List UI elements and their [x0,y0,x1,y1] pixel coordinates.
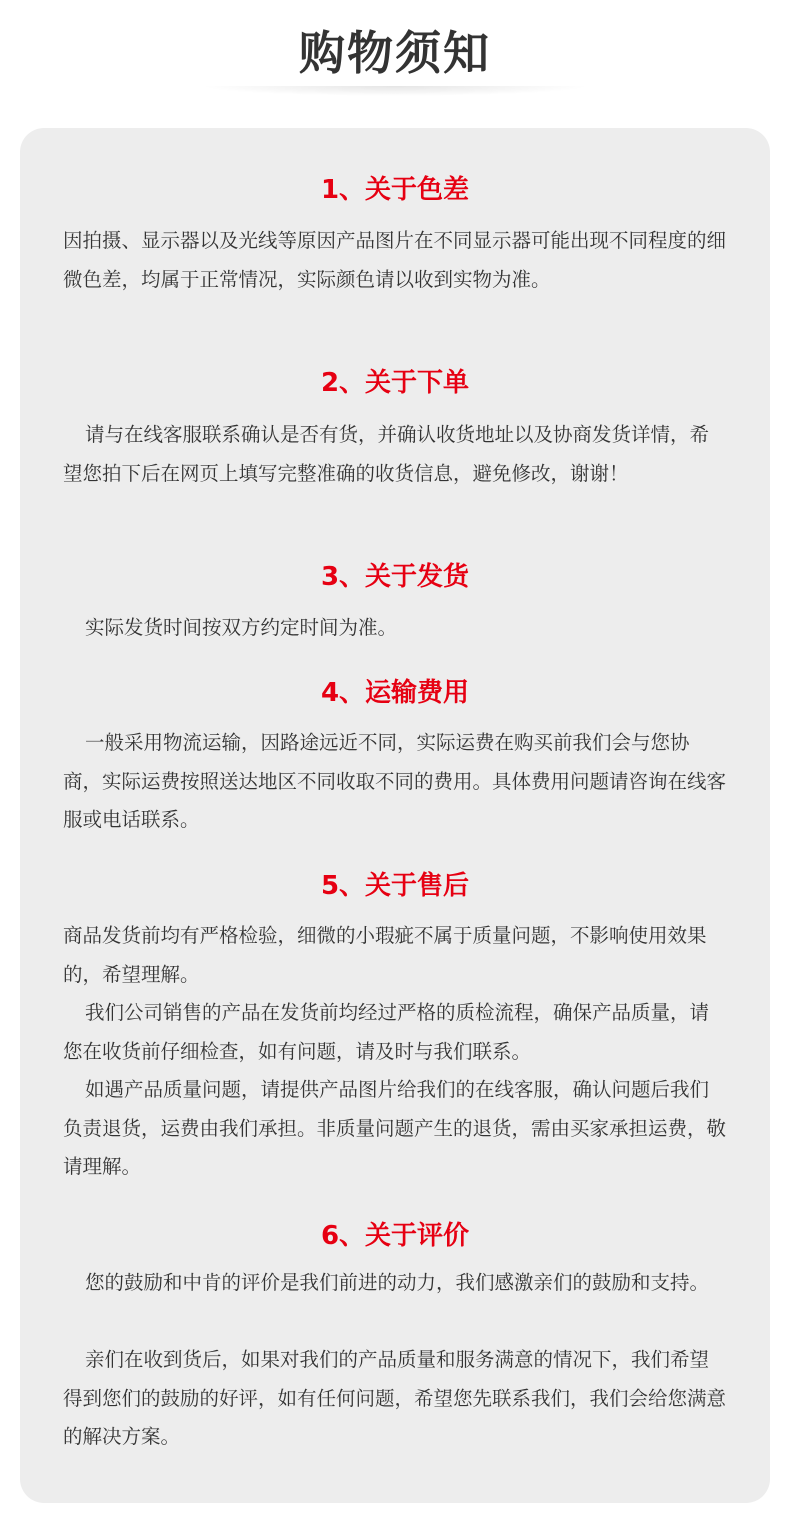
section-text-after-sales-3: 如遇产品质量问题，请提供产品图片给我们的在线客服，确认问题后我们负责退货，运费由… [63,1071,728,1187]
section-heading-freight: 4、运输费用 [20,675,770,711]
section-heading-shipping: 3、关于发货 [20,559,770,595]
section-text-after-sales-2: 我们公司销售的产品在发货前均经过严格的质检流程，确保产品质量，请您在收货前仔细检… [63,994,728,1071]
title-divider-shadow [200,86,590,96]
section-text-freight: 一般采用物流运输，因路途远近不同，实际运费在购买前我们会与您协商，实际运费按照送… [63,724,728,840]
notice-card: 1、关于色差 因拍摄、显示器以及光线等原因产品图片在不同显示器可能出现不同程度的… [20,128,770,1503]
section-text-reviews-2: 亲们在收到货后，如果对我们的产品质量和服务满意的情况下，我们希望得到您们的鼓励的… [63,1341,728,1457]
section-text-after-sales-1: 商品发货前均有严格检验，细微的小瑕疵不属于质量问题，不影响使用效果的，希望理解。 [63,917,728,994]
section-text-color-difference: 因拍摄、显示器以及光线等原因产品图片在不同显示器可能出现不同程度的细微色差，均属… [63,222,728,299]
section-text-reviews-1: 您的鼓励和中肯的评价是我们前进的动力，我们感激亲们的鼓励和支持。 [63,1264,728,1303]
section-heading-ordering: 2、关于下单 [20,365,770,401]
section-heading-after-sales: 5、关于售后 [20,868,770,904]
section-heading-reviews: 6、关于评价 [20,1218,770,1254]
section-text-shipping: 实际发货时间按双方约定时间为准。 [63,609,728,648]
page-title: 购物须知 [0,18,790,88]
section-text-ordering: 请与在线客服联系确认是否有货，并确认收货地址以及协商发货详情，希望您拍下后在网页… [63,416,728,493]
section-heading-color-difference: 1、关于色差 [20,172,770,208]
